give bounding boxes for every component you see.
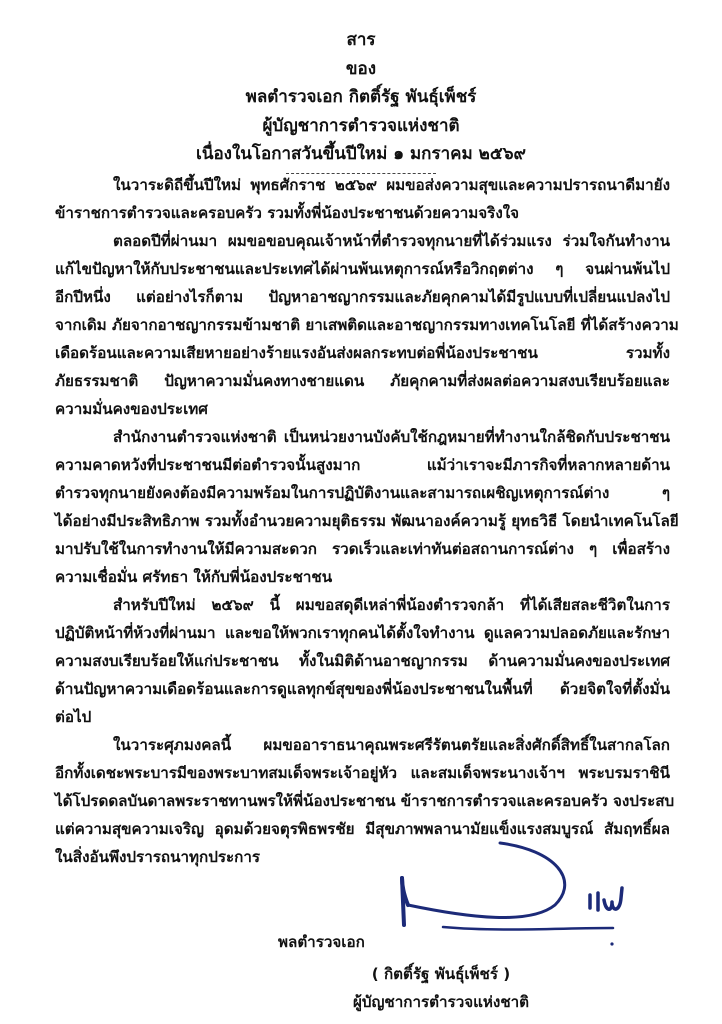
body-line: ความเชื่อมั่น ศรัทธา ให้กับพี่น้องประชาช…: [55, 563, 670, 591]
paragraph-tribute: สำหรับปีใหม่ ๒๕๖๙ นี้ ผมขอสดุดีเหล่าพี่น…: [55, 591, 670, 731]
signatory-position: ผู้บัญชาการตำรวจแห่งชาติ: [0, 990, 722, 1014]
body-line: ในสิ่งอันพึงปรารถนาทุกประการ: [55, 843, 670, 871]
letter-header: สาร ของ พลตำรวจเอก กิตติ์รัฐ พันธุ์เพ็ชร…: [0, 26, 722, 174]
body-line: อีกทั้งเดชะพระบารมีของพระบาทสมเด็จพระเจ้…: [55, 759, 670, 787]
letter-body: ในวาระดิถีขึ้นปีใหม่ พุทธศักราช ๒๕๖๙ ผมข…: [55, 171, 670, 871]
body-line: เดือดร้อนและความเสียหายอย่างร้ายแรงอันส่…: [55, 339, 670, 367]
signatory-name: ( กิตติ์รัฐ พันธุ์เพ็ชร์ ): [0, 962, 722, 986]
header-author-position: ผู้บัญชาการตำรวจแห่งชาติ: [0, 112, 722, 141]
paragraph-blessing: ในวาระศุภมงคลนี้ ผมขออาราธนาคุณพระศรีรัต…: [55, 731, 670, 871]
paragraph-greeting: ในวาระดิถีขึ้นปีใหม่ พุทธศักราช ๒๕๖๙ ผมข…: [55, 171, 670, 227]
body-line: ความคาดหวังที่ประชาชนมีต่อตำรวจนั้นสูงมา…: [55, 451, 670, 479]
header-occasion: เนื่องในโอกาสวันขึ้นปีใหม่ ๑ มกราคม ๒๕๖๙: [0, 140, 722, 169]
paragraph-agency: สำนักงานตำรวจแห่งชาติ เป็นหน่วยงานบังคับ…: [55, 423, 670, 591]
body-line: แก้ไขปัญหาให้กับประชาชนและประเทศได้ผ่านพ…: [55, 255, 670, 283]
header-of: ของ: [0, 55, 722, 84]
body-line: มาปรับใช้ในการทำงานให้มีความสะดวก รวดเร็…: [55, 535, 670, 563]
body-line: ข้าราชการตำรวจและครอบครัว รวมทั้งพี่น้อง…: [55, 199, 670, 227]
body-line: ปฏิบัติหน้าที่ห้วงที่ผ่านมา และขอให้พวกเ…: [55, 619, 670, 647]
header-title: สาร: [0, 26, 722, 55]
body-line: อีกปีหนึ่ง แต่อย่างไรก็ตาม ปัญหาอาชญากรร…: [55, 283, 670, 311]
paragraph-thanks: ตลอดปีที่ผ่านมา ผมขอขอบคุณเจ้าหน้าที่ตำร…: [55, 227, 670, 423]
signatory-rank: พลตำรวจเอก: [278, 930, 365, 954]
body-line: ด้านปัญหาความเดือดร้อนและการดูแลทุกข์สุข…: [55, 675, 670, 703]
body-line: ได้อย่างมีประสิทธิภาพ รวมทั้งอำนวยความยุ…: [55, 507, 670, 535]
body-line: แต่ความสุขความเจริญ อุดมด้วยจตุรพิธพรชัย…: [55, 815, 670, 843]
body-line: ได้โปรดดลบันดาลพระราชทานพรให้พี่น้องประช…: [55, 787, 670, 815]
body-line: ความสงบเรียบร้อยให้แก่ประชาชน ทั้งในมิติ…: [55, 647, 670, 675]
body-line: ภัยธรรมชาติ ปัญหาความมั่นคงทางชายแดน ภัย…: [55, 367, 670, 395]
body-line: ตลอดปีที่ผ่านมา ผมขอขอบคุณเจ้าหน้าที่ตำร…: [55, 227, 670, 255]
body-line: ในวาระศุภมงคลนี้ ผมขออาราธนาคุณพระศรีรัต…: [55, 731, 670, 759]
body-line: สำนักงานตำรวจแห่งชาติ เป็นหน่วยงานบังคับ…: [55, 423, 670, 451]
body-line: ในวาระดิถีขึ้นปีใหม่ พุทธศักราช ๒๕๖๙ ผมข…: [55, 171, 670, 199]
header-author-name: พลตำรวจเอก กิตติ์รัฐ พันธุ์เพ็ชร์: [0, 83, 722, 112]
body-line: ความมั่นคงของประเทศ: [55, 395, 670, 423]
body-line: ต่อไป: [55, 703, 670, 731]
body-line: จากเดิม ภัยจากอาชญากรรมข้ามชาติ ยาเสพติด…: [55, 311, 670, 339]
body-line: ตำรวจทุกนายยังคงต้องมีความพร้อมในการปฏิบ…: [55, 479, 670, 507]
body-line: สำหรับปีใหม่ ๒๕๖๙ นี้ ผมขอสดุดีเหล่าพี่น…: [55, 591, 670, 619]
